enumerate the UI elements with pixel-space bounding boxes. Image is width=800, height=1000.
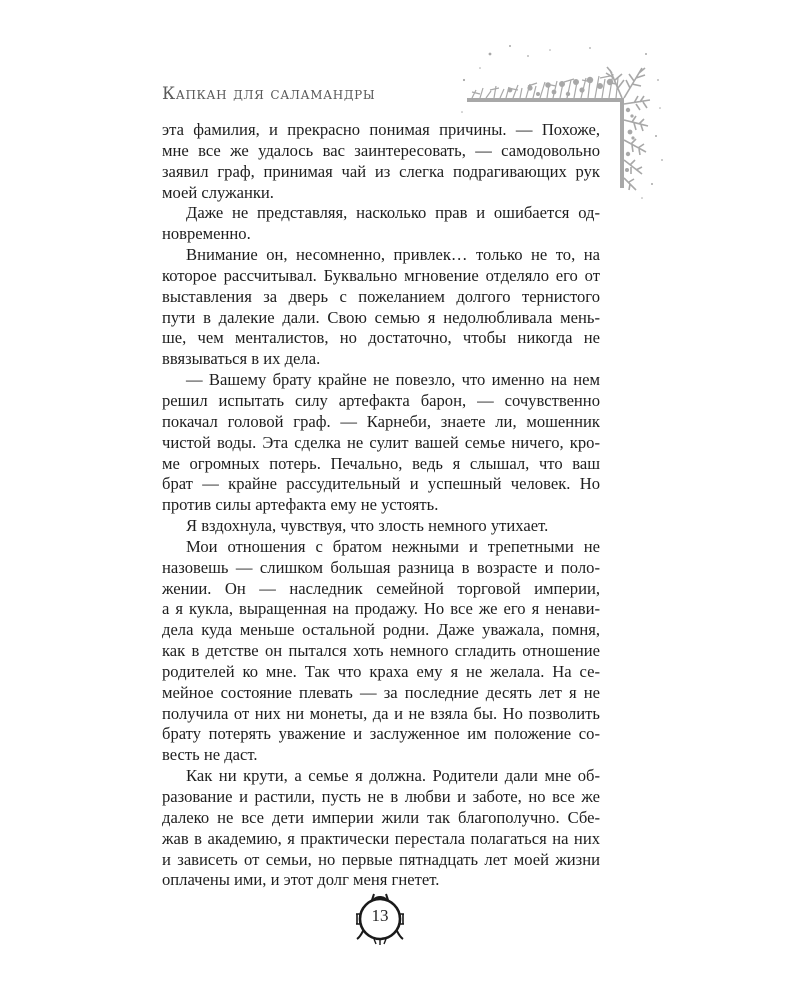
text-line: моей служанки. [162,183,600,204]
text-line: дела куда меньше остальной родни. Даже у… [162,620,600,641]
body-text: эта фамилия, и прекрасно понимая причины… [162,120,600,891]
text-line: чистой воды. Эта сделка не сулит вашей с… [162,433,600,454]
text-line: и зависеть от семьи, но первые пятнадцат… [162,850,600,871]
text-line: весть не даст. [162,745,600,766]
running-header-title: Капкан для саламандры [162,84,375,104]
text-line: против силы артефакта ему не устоять. [162,495,600,516]
text-line: ме огромных потерь. Печально, ведь я слы… [162,454,600,475]
text-line: далеко не все дети империи жили так благ… [162,808,600,829]
text-line: ше, чем менталистов, но достаточно, чтоб… [162,328,600,349]
text-line: как в детстве он пытался хоть немного сг… [162,641,600,662]
text-line: оплачены ими, и этот долг меня гнетет. [162,870,600,891]
text-line: Как ни крути, а семье я должна. Родители… [162,766,600,787]
text-line: мейное состояние плевать — за последние … [162,683,600,704]
text-line: а я кукла, выращенная на продажу. Но все… [162,599,600,620]
text-line: брату потерять уважение и заслуженное им… [162,724,600,745]
text-line: назовешь — слишком большая разница в воз… [162,558,600,579]
book-page: Капкан для саламандры [0,0,800,1000]
text-line: жав в академию, я практически перестала … [162,829,600,850]
text-line: Я вздохнула, чувствуя, что злость немног… [162,516,600,537]
text-line: Внимание он, несомненно, привлек… только… [162,245,600,266]
text-line: заявил граф, принимая чай из слегка подр… [162,162,600,183]
text-line: которое рассчитывал. Буквально мгновение… [162,266,600,287]
text-line: решил испытать силу артефакта барон, — с… [162,391,600,412]
text-line: Даже не представляя, насколько прав и ош… [162,203,600,224]
text-line: пути в далекие дали. Свою семью я недолю… [162,308,600,329]
text-line: ввязываться в их дела. [162,349,600,370]
text-line: Мои отношения с братом нежными и трепетн… [162,537,600,558]
text-line: разование и растили, пусть не в любви и … [162,787,600,808]
text-line: новременно. [162,224,600,245]
text-line: родителей ко мне. Так что краха ему я не… [162,662,600,683]
text-line: мне все же удалось вас заинтересовать, —… [162,141,600,162]
text-line: — Вашему брату крайне не повезло, что им… [162,370,600,391]
page-number: 13 [348,906,412,926]
text-line: брат — крайне рассудительный и успешный … [162,474,600,495]
text-line: покачал головой граф. — Карнеби, знаете … [162,412,600,433]
text-line: эта фамилия, и прекрасно понимая причины… [162,120,600,141]
text-line: жении. Он — наследник семейной торговой … [162,579,600,600]
text-line: получила от них ни монеты, да и не взяла… [162,704,600,725]
text-line: выставления за дверь с пожеланием долгог… [162,287,600,308]
